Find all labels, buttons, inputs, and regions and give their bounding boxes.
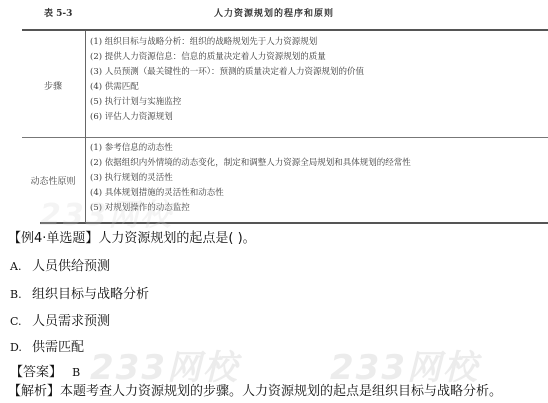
- option-text: 人员需求预测: [32, 314, 110, 329]
- answer-value: B: [72, 366, 80, 379]
- option-text: 人员供给预测: [32, 259, 110, 274]
- list-item: (4) 供需匹配: [90, 80, 364, 95]
- answer-label: 【答案】: [10, 365, 62, 380]
- row-label-dynamic-principles: 动态性原则: [22, 174, 84, 187]
- option-letter: D.: [10, 341, 32, 354]
- list-item: (5) 执行计划与实施监控: [90, 95, 364, 110]
- row-label-steps: 步骤: [22, 79, 84, 92]
- table-row-divider: [22, 137, 548, 138]
- list-item: (1) 组织目标与战略分析：组织的战略规划先于人力资源规划: [90, 35, 364, 50]
- scanned-table: 表 5-3 人力资源规划的程序和原则 步骤 (1) 组织目标与战略分析：组织的战…: [0, 0, 548, 226]
- option-b: B.组织目标与战略分析: [10, 283, 149, 302]
- list-item: (3) 执行规划的灵活性: [90, 171, 411, 186]
- table-bottom-rule: [40, 222, 548, 224]
- option-a: A.人员供给预测: [10, 255, 110, 274]
- table-title: 人力资源规划的程序和原则: [0, 6, 548, 19]
- list-item: (2) 依据组织内外情境的动态变化，制定和调整人力资源全局规划和具体规划的经常性: [90, 156, 411, 171]
- answer: 【答案】 B: [10, 361, 80, 380]
- list-item: (4) 具体规划措施的灵活性和动态性: [90, 186, 411, 201]
- list-item: (2) 提供人力资源信息：信息的质量决定着人力资源规划的质量: [90, 50, 364, 65]
- question-stem: 【例4·单选题】人力资源规划的起点是( )。: [8, 227, 256, 246]
- list-item: (1) 参考信息的动态性: [90, 141, 411, 156]
- list-item: (5) 对规划操作的动态监控: [90, 201, 411, 216]
- option-d: D.供需匹配: [10, 336, 84, 355]
- steps-list: (1) 组织目标与战略分析：组织的战略规划先于人力资源规划 (2) 提供人力资源…: [90, 35, 364, 125]
- list-item: (6) 评估人力资源规划: [90, 110, 364, 125]
- option-text: 组织目标与战略分析: [32, 287, 149, 302]
- option-letter: A.: [10, 260, 32, 273]
- option-c: C.人员需求预测: [10, 310, 110, 329]
- option-text: 供需匹配: [32, 340, 84, 355]
- principles-list: (1) 参考信息的动态性 (2) 依据组织内外情境的动态变化，制定和调整人力资源…: [90, 141, 411, 216]
- table-column-divider: [85, 31, 86, 223]
- option-letter: B.: [10, 288, 32, 301]
- analysis: 【解析】本题考查人力资源规划的步骤。人力资源规划的起点是组织目标与战略分析。: [8, 380, 502, 399]
- list-item: (3) 人员预测（最关键性的一环）：预测的质量决定着人力资源规划的价值: [90, 65, 364, 80]
- table-top-rule: [22, 29, 548, 31]
- option-letter: C.: [10, 315, 32, 328]
